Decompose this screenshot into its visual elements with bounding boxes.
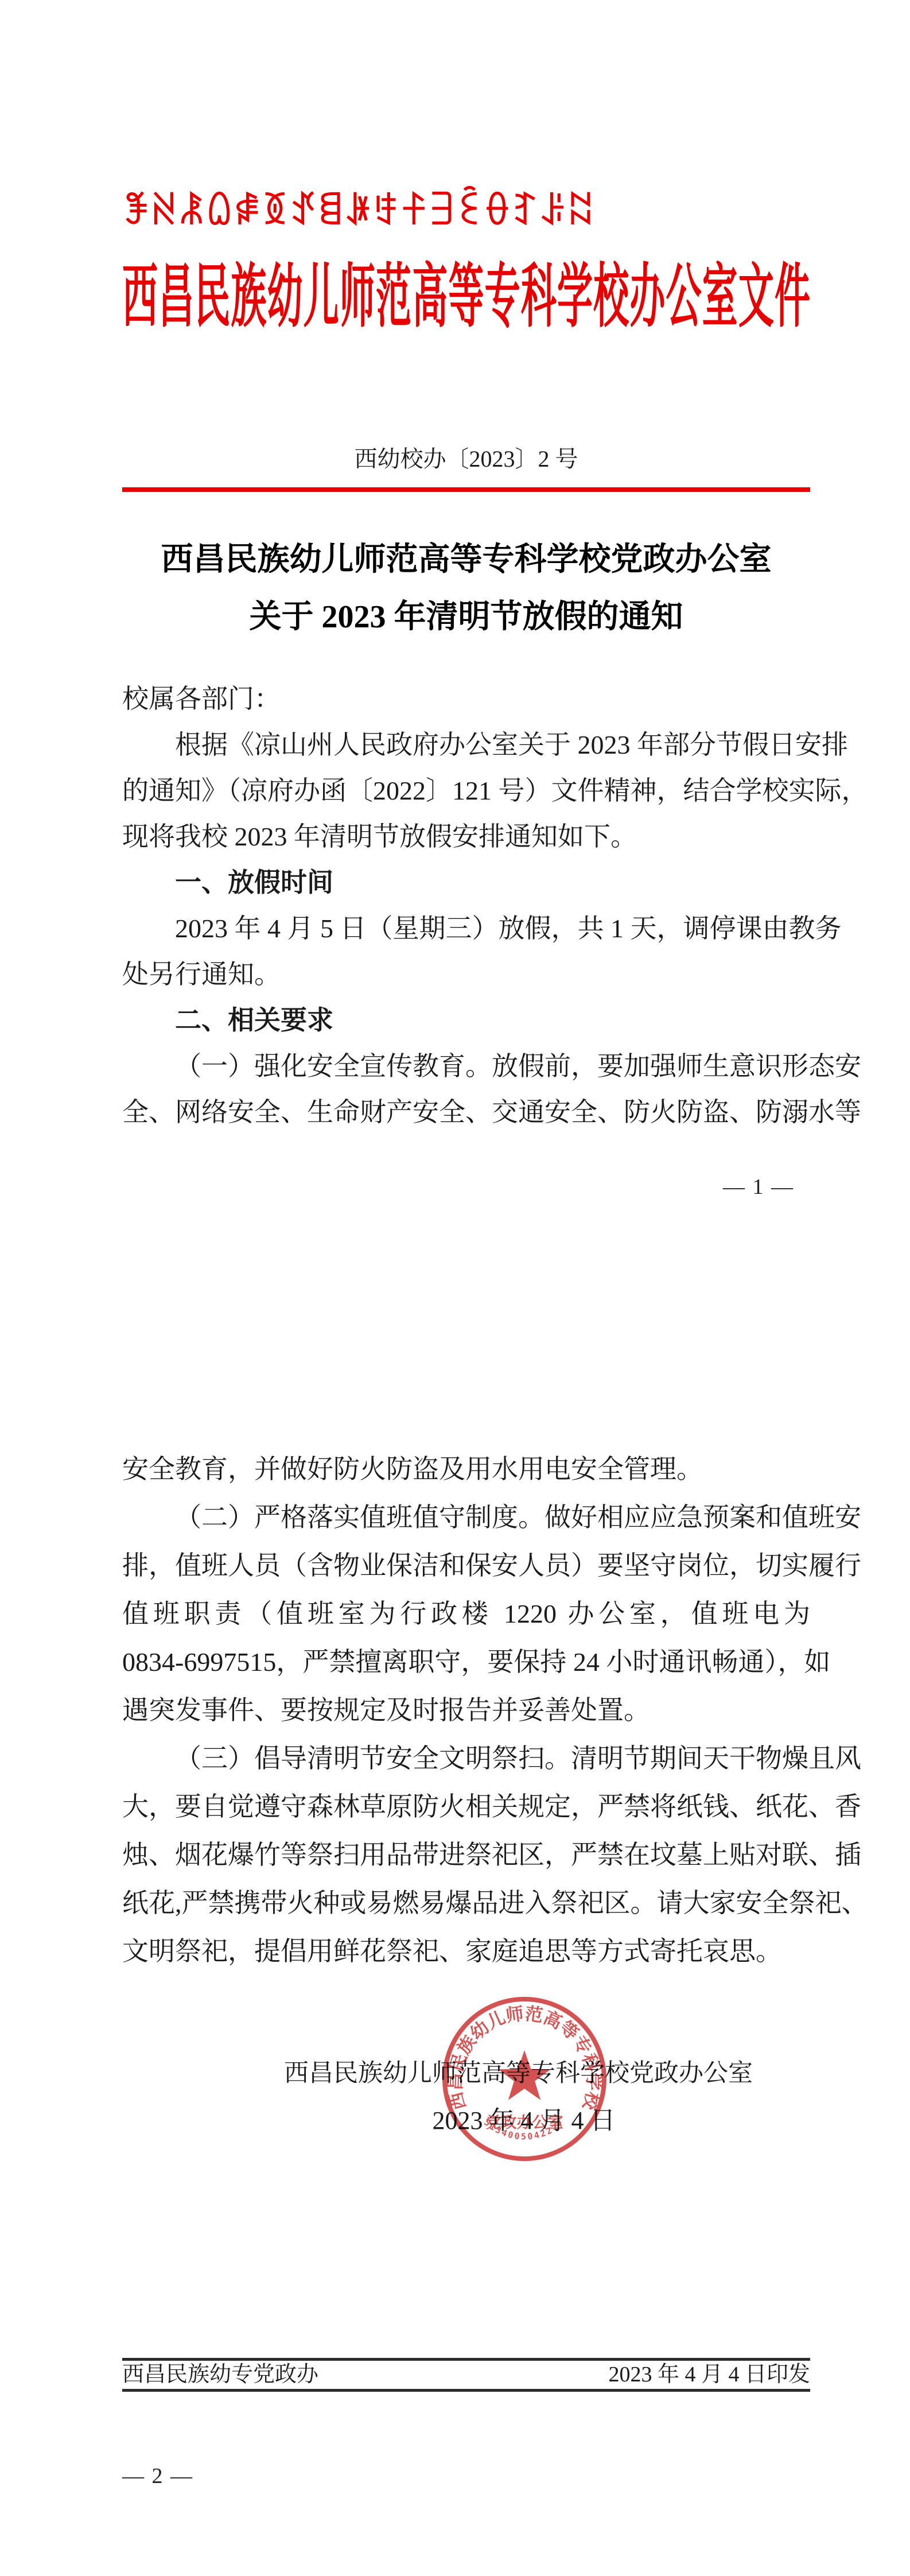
- page1-number: — 1 —: [122, 1170, 810, 1204]
- body-line: （二）严格落实值班值守制度。做好相应应急预案和值班安: [122, 1493, 810, 1542]
- body-line: 0834-6997515，严禁擅离职守，要保持 24 小时通讯畅通），如: [122, 1638, 810, 1686]
- body-line: 大，要自觉遵守森林草原防火相关规定，严禁将纸钱、纸花、香: [122, 1783, 810, 1831]
- body-line: 纸花,严禁携带火种或易燃易爆品进入祭祀区。请大家安全祭祀、: [122, 1879, 810, 1927]
- red-separator-rule: [122, 487, 810, 492]
- official-red-seal: 西昌民族幼儿师范高等专科学校 党政办公室 5134005042277: [438, 1993, 610, 2165]
- body-heading-line: 二、相关要求: [122, 998, 810, 1043]
- page2-body: 安全教育，并做好防火防盗及用水用电安全管理。 （二）严格落实值班值守制度。做好相…: [122, 1445, 810, 1976]
- footer-print-date: 2023 年 4 月 4 日印发: [608, 2361, 810, 2389]
- body-line: 处另行通知。: [122, 952, 810, 998]
- notice-title: 西昌民族幼儿师范高等专科学校党政办公室 关于 2023 年清明节放假的通知: [122, 531, 810, 646]
- masthead-org-title: 西昌民族幼儿师范高等专科学校办公室文件: [122, 207, 810, 389]
- footer-issuing-office: 西昌民族幼专党政办: [122, 2361, 318, 2389]
- body-line: 安全教育，并做好防火防盗及用水用电安全管理。: [122, 1445, 810, 1493]
- document-number: 西幼校办〔2023〕2 号: [122, 442, 810, 476]
- body-line: 的通知》（凉府办函〔2022〕121 号）文件精神，结合学校实际，: [122, 768, 810, 814]
- page1-body: 校属各部门： 根据《凉山州人民政府办公室关于 2023 年部分节假日安排 的通知…: [122, 676, 810, 1135]
- body-line: 2023 年 4 月 5 日（星期三）放假，共 1 天，调停课由教务: [122, 906, 810, 952]
- body-line: 烛、烟花爆竹等祭扫用品带进祭祀区，严禁在坟墓上贴对联、插: [122, 1831, 810, 1879]
- body-line: （一）强化安全宣传教育。放假前，要加强师生意识形态安: [122, 1043, 810, 1089]
- body-line: 遇突发事件、要按规定及时报告并妥善处置。: [122, 1686, 810, 1735]
- body-line: 文明祭祀，提倡用鲜花祭祀、家庭追思等方式寄托哀思。: [122, 1927, 810, 1976]
- body-line: （三）倡导清明节安全文明祭扫。清明节期间天干物燥且风: [122, 1735, 810, 1783]
- body-line: 全、网络安全、生命财产安全、交通安全、防火防盗、防溺水等: [122, 1089, 810, 1135]
- page2-number: — 2 —: [122, 2459, 810, 2493]
- body-line: 排，值班人员（含物业保洁和保安人员）要坚守岗位，切实履行: [122, 1542, 810, 1590]
- body-line: 值班职责（值班室为行政楼 1220 办公室，值班电为: [122, 1590, 810, 1638]
- seal-star-icon: [498, 2050, 550, 2100]
- notice-title-line1: 西昌民族幼儿师范高等专科学校党政办公室: [122, 531, 810, 588]
- body-line: 校属各部门：: [122, 676, 810, 722]
- body-heading-line: 一、放假时间: [122, 860, 810, 906]
- body-line: 根据《凉山州人民政府办公室关于 2023 年部分节假日安排: [122, 722, 810, 768]
- notice-title-line2: 关于 2023 年清明节放假的通知: [122, 588, 810, 646]
- print-footer: 西昌民族幼专党政办 2023 年 4 月 4 日印发: [122, 2358, 810, 2392]
- body-line: 现将我校 2023 年清明节放假安排通知如下。: [122, 814, 810, 860]
- document-scan: ꊈꋊꂿꑘꍂꅉꀋꁌꐂꄜꊰꎆꏁꂷꆈꌠꉆ 西昌民族幼儿师范高等专科学校办公室文件 西幼…: [0, 0, 910, 2576]
- masthead: 西昌民族幼儿师范高等专科学校办公室文件: [122, 251, 810, 344]
